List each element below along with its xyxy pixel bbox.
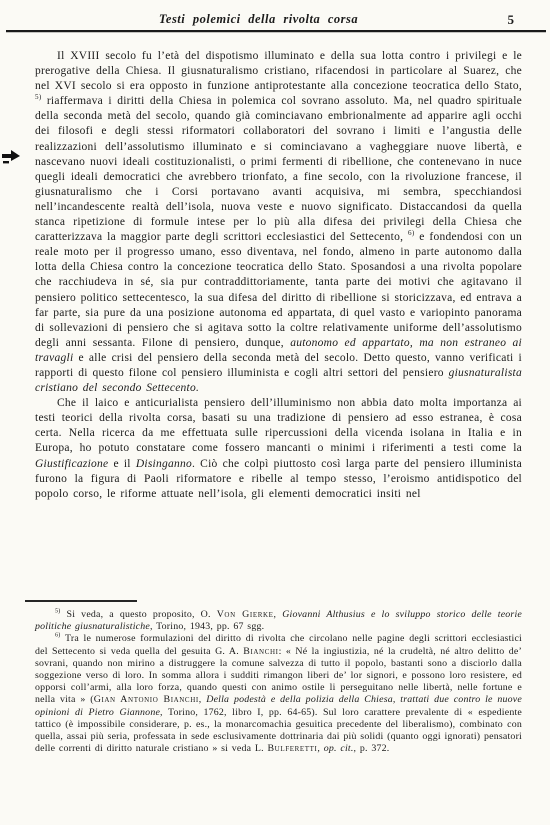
running-title: Testi polemici della rivolta corsa (35, 12, 482, 27)
arrow-glyph (2, 150, 22, 166)
footnote-6: 6) Tra le numerose formulazioni del diri… (35, 633, 522, 755)
paragraph-1: Il XVIII secolo fu l’età del dispotismo … (35, 49, 522, 396)
header-rule (6, 30, 546, 32)
paragraph-2: Che il laico e anticurialista pensiero d… (35, 396, 522, 502)
footnotes: 5) Si veda, a questo proposito, O. Von G… (35, 609, 522, 755)
body-text: Il XVIII secolo fu l’età del dispotismo … (35, 49, 522, 502)
page-header: Testi polemici della rivolta corsa 5 (35, 12, 522, 30)
book-page: Testi polemici della rivolta corsa 5 Il … (0, 0, 550, 825)
page-number: 5 (508, 12, 515, 28)
footnote-divider (25, 600, 137, 602)
footnote-5: 5) Si veda, a questo proposito, O. Von G… (35, 609, 522, 633)
margin-arrow-icon (2, 150, 22, 166)
